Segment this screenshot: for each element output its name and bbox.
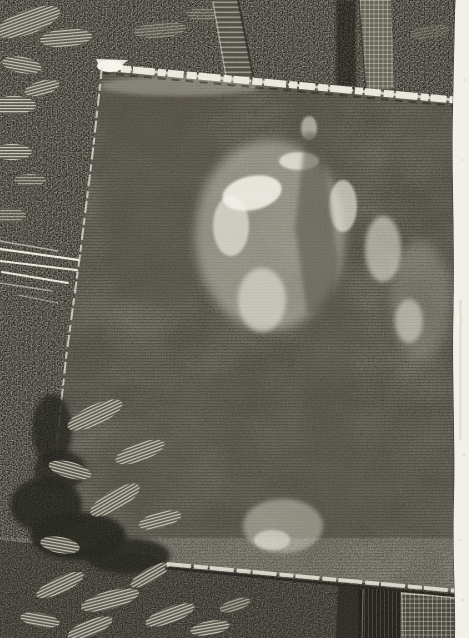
printed-area: [0, 0, 469, 638]
print-grain-overlay: [0, 0, 469, 638]
etching-detail-figure: [0, 0, 469, 638]
etching-image: [0, 0, 469, 638]
paper-margin: [453, 0, 469, 638]
margin-streak: [459, 300, 462, 440]
